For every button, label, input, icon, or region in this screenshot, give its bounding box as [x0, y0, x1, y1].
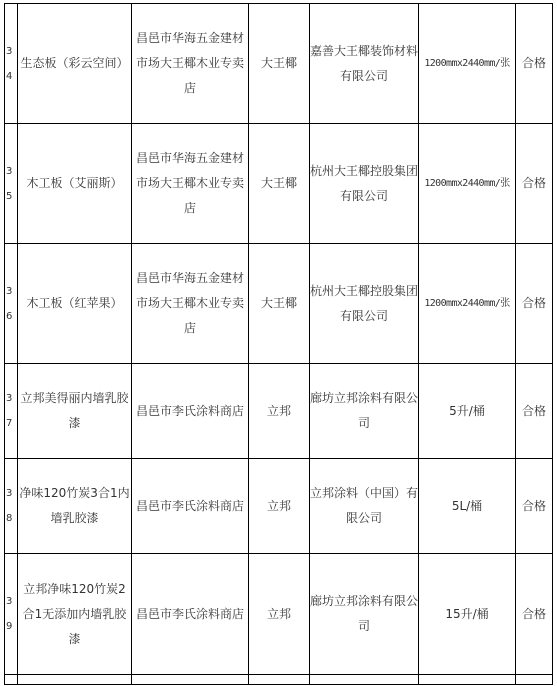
product-name: 生态板（彩云空间） [18, 4, 132, 124]
product-name: 立邦净味120竹炭2合1无添加内墙乳胶漆 [18, 554, 132, 675]
seller-name: 昌邑市李氏涂料商店 [132, 364, 249, 459]
brand: 立邦 [249, 554, 310, 675]
manufacturer [310, 675, 419, 685]
manufacturer: 嘉善大王椰装饰材料有限公司 [310, 4, 419, 124]
specification: 15升/桶 [419, 554, 516, 675]
table-row: 39 立邦净味120竹炭2合1无添加内墙乳胶漆 昌邑市李氏涂料商店 立邦 廊坊立… [5, 554, 553, 675]
specification [419, 675, 516, 685]
seller-name: 昌邑市李氏涂料商店 [132, 554, 249, 675]
table-row: 35 木工板（艾丽斯） 昌邑市华海五金建材市场大王椰木业专卖店 大王椰 杭州大王… [5, 124, 553, 244]
table-row: 36 木工板（红苹果） 昌邑市华海五金建材市场大王椰木业专卖店 大王椰 杭州大王… [5, 244, 553, 364]
brand: 大王椰 [249, 244, 310, 364]
product-name: 立邦美得丽内墙乳胶漆 [18, 364, 132, 459]
table-row: 37 立邦美得丽内墙乳胶漆 昌邑市李氏涂料商店 立邦 廊坊立邦涂料有限公司 5升… [5, 364, 553, 459]
inspection-result: 合格 [516, 554, 553, 675]
row-number: 36 [5, 244, 18, 364]
seller-name: 昌邑市华海五金建材市场大王椰木业专卖店 [132, 4, 249, 124]
inspection-result: 合格 [516, 124, 553, 244]
product-name: 净味120竹炭3合1内墙乳胶漆 [18, 459, 132, 554]
brand: 立邦 [249, 459, 310, 554]
inspection-result: 合格 [516, 244, 553, 364]
seller-name: 昌邑市华海五金建材市场大王椰木业专卖店 [132, 124, 249, 244]
specification: 5L/桶 [419, 459, 516, 554]
specification: 5升/桶 [419, 364, 516, 459]
manufacturer: 廊坊立邦涂料有限公司 [310, 554, 419, 675]
row-number: 38 [5, 459, 18, 554]
inspection-result [516, 675, 553, 685]
seller-name: 昌邑市李氏涂料商店 [132, 459, 249, 554]
manufacturer: 杭州大王椰控股集团有限公司 [310, 124, 419, 244]
specification: 1200mmx2440mm/张 [419, 4, 516, 124]
product-name: 木工板（艾丽斯） [18, 124, 132, 244]
manufacturer: 杭州大王椰控股集团有限公司 [310, 244, 419, 364]
brand: 立邦 [249, 364, 310, 459]
inspection-results-table: 34 生态板（彩云空间） 昌邑市华海五金建材市场大王椰木业专卖店 大王椰 嘉善大… [4, 3, 553, 685]
row-number: 34 [5, 4, 18, 124]
inspection-result: 合格 [516, 364, 553, 459]
table-row-partial [5, 675, 553, 685]
brand [249, 675, 310, 685]
specification: 1200mmx2440mm/张 [419, 124, 516, 244]
seller-name [132, 675, 249, 685]
table-row: 38 净味120竹炭3合1内墙乳胶漆 昌邑市李氏涂料商店 立邦 立邦涂料（中国）… [5, 459, 553, 554]
manufacturer: 廊坊立邦涂料有限公司 [310, 364, 419, 459]
row-number: 39 [5, 554, 18, 675]
row-number: 37 [5, 364, 18, 459]
row-number: 35 [5, 124, 18, 244]
inspection-result: 合格 [516, 4, 553, 124]
table-row: 34 生态板（彩云空间） 昌邑市华海五金建材市场大王椰木业专卖店 大王椰 嘉善大… [5, 4, 553, 124]
manufacturer: 立邦涂料（中国）有限公司 [310, 459, 419, 554]
brand: 大王椰 [249, 4, 310, 124]
brand: 大王椰 [249, 124, 310, 244]
inspection-result: 合格 [516, 459, 553, 554]
product-name [18, 675, 132, 685]
seller-name: 昌邑市华海五金建材市场大王椰木业专卖店 [132, 244, 249, 364]
product-name: 木工板（红苹果） [18, 244, 132, 364]
specification: 1200mmx2440mm/张 [419, 244, 516, 364]
row-number [5, 675, 18, 685]
